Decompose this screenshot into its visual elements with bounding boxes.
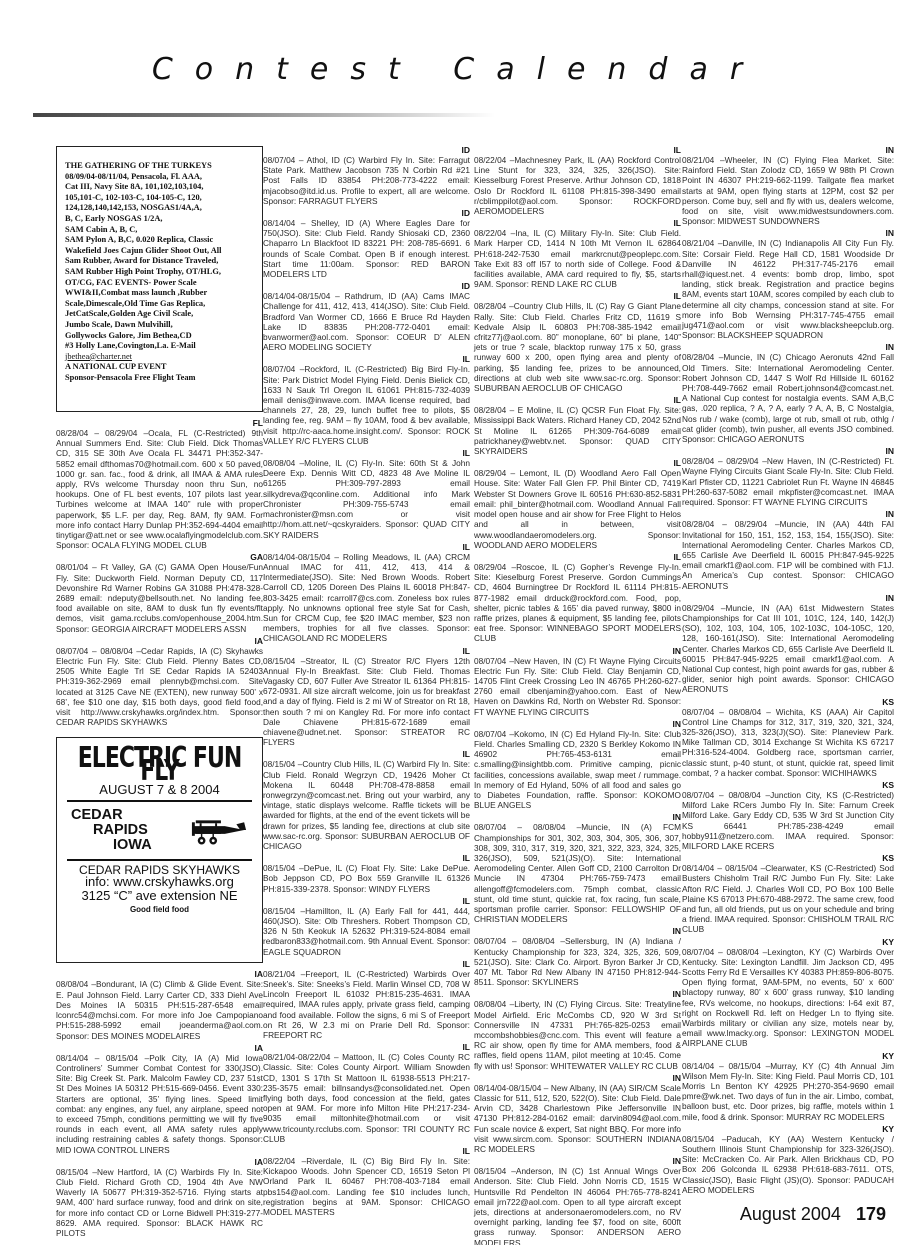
listing: IN08/29/04 –Muncie, IN (AA) 61st Midwest…	[682, 593, 894, 695]
listing: IN08/28/04 – 08/29/04 –New Haven, IN (C-…	[682, 446, 894, 507]
listing: IL08/15/04 –Streator, IL (C) Streator R/…	[263, 646, 470, 748]
listing-text: 08/28/04 –Country Club Hills, IL (C) Ray…	[474, 301, 681, 393]
listing-text: 08/08/04 –Bondurant, IA (C) Climb & Glid…	[56, 979, 263, 1040]
listing-text: 08/22/04 –Ina, IL (C) Military Fly-In. S…	[474, 228, 681, 289]
ad-line: B, C, Early NOSGAS 1/2A,	[65, 214, 256, 225]
listing-text: 08/14/04-08/15/04 – Rathdrum, ID (AA) Ca…	[263, 291, 470, 352]
state-heading: IL	[263, 448, 470, 458]
listing-text: 08/15/04 –Paducah, KY (AA) Western Kentu…	[682, 1134, 894, 1195]
listing-text: 08/14/04 – Shelley, ID (A) Where Eagles …	[263, 218, 470, 279]
state-heading: FL	[56, 418, 263, 428]
listing-text: 08/15/04 –New Hartford, IA (C) Warbirds …	[56, 1167, 263, 1238]
ad-line: SAM Rubber High Point Trophy, OT/HLG,	[65, 267, 256, 278]
state-heading: IL	[263, 896, 470, 906]
listing-text: 08/08/04 –Moline, IL (C) Fly-In. Site: 6…	[263, 458, 470, 540]
listing-text: 08/29/04 –Muncie, IN (AA) 61st Midwester…	[682, 603, 894, 695]
state-heading: IA	[56, 1157, 263, 1167]
ad-info-link[interactable]: info: www.crskyhawks.org	[67, 875, 252, 889]
state-heading: IL	[263, 646, 470, 656]
ad-line: #3 Holly Lane,Covington,La. E-Mail	[65, 341, 256, 352]
listing-text: 08/22/04 –Machnesney Park, IL (AA) Rockf…	[474, 155, 681, 216]
listing-text: 08/15/04 –Streator, IL (C) Streator R/C …	[263, 656, 470, 748]
ad-city-line: IOWA	[71, 838, 152, 853]
state-heading: IN	[474, 926, 681, 936]
listing-text: 08/01/04 – Ft Valley, GA (C) GAMA Open H…	[56, 562, 263, 633]
column-1: THE GATHERING OF THE TURKEYS 08/09/04-08…	[56, 146, 263, 1240]
listing-text: 08/29/04 –Roscoe, IL (C) Gopher’s Reveng…	[474, 562, 681, 644]
listing-text: 08/07/04 – Athol, ID (C) Warbird Fly In.…	[263, 155, 470, 206]
state-heading: IN	[474, 1073, 681, 1083]
listing: GA 08/01/04 – Ft Valley, GA (C) GAMA Ope…	[56, 552, 263, 633]
listing-text: 08/21/04-08/22/04 – Mattoon, IL (C) Cole…	[263, 1052, 470, 1144]
state-heading: ID	[263, 281, 470, 291]
listing: IL08/15/04 –DePue, IL (C) Float Fly. Sit…	[263, 853, 470, 894]
ad-line: SAM Pylon A, B,C, 0.020 Replica, Classic	[65, 235, 256, 246]
state-heading: IN	[682, 145, 894, 155]
state-heading: IA	[56, 636, 263, 646]
listing-text: 08/08/04 –Liberty, IN (C) Flying Circus.…	[474, 999, 681, 1070]
listing: IA 08/08/04 –Bondurant, IA (C) Climb & G…	[56, 969, 263, 1040]
state-heading: IL	[263, 354, 470, 364]
ad-line: Sam Rubber, Award for Distance Traveled,	[65, 256, 256, 267]
listing-text: 08/28/04 – E Moline, IL (C) QCSR Fun Flo…	[474, 405, 681, 456]
state-heading: IL	[263, 1146, 470, 1156]
listing: IN08/21/04 –Wheeler, IN (C) Flying Flea …	[682, 145, 894, 226]
ad-national-cup: A NATIONAL CUP EVENT	[65, 362, 256, 373]
listing-text: 08/28/04 – 08/29/04 –Muncie, IN (AA) 44t…	[682, 519, 894, 590]
issue-date: August 2004	[740, 1204, 841, 1224]
listing: KS08/07/04 – 08/08/04 –Junction City, KS…	[682, 780, 894, 851]
ad-line: Jumbo Scale, Dawn Mulvihill,	[65, 320, 256, 331]
listing: ID08/07/04 – Athol, ID (C) Warbird Fly I…	[263, 145, 470, 206]
ad-address: 3125 “C” ave extension NE	[67, 889, 252, 903]
ad-city-block: CEDAR RAPIDS IOWA	[67, 806, 252, 855]
listing-text: 08/07/04 – 08/08/04 –Cedar Rapids, IA (C…	[56, 646, 263, 728]
ad-divider	[67, 800, 252, 802]
state-heading: IL	[474, 291, 681, 301]
state-heading: IA	[56, 1043, 263, 1053]
ad-divider	[67, 859, 252, 861]
ad-city-line: RAPIDS	[71, 823, 152, 838]
listing: IL08/14/04-08/15/04 – Rolling Meadows, I…	[263, 542, 470, 644]
listing: IN08/15/04 –Anderson, IN (C) 1st Annual …	[474, 1156, 681, 1245]
listing: IL08/29/04 – Lemont, IL (D) Woodland Aer…	[474, 458, 681, 550]
state-heading: KS	[682, 853, 894, 863]
listing-text: 08/22/04 –Riverdale, IL (C) Big Bird Fly…	[263, 1156, 470, 1217]
listing-text: 08/21/04 –Freeport, IL (C-Restricted) Wa…	[263, 969, 470, 1040]
listing: IN08/07/04 – 08/08/04 –Muncie, IN (A) FC…	[474, 812, 681, 924]
listing: IL08/07/04 –Rockford, IL (C-Restricted) …	[263, 354, 470, 446]
ad-line: JetCatScale,Golden Age Civil Scale,	[65, 309, 256, 320]
listing: IL08/21/04 –Freeport, IL (C-Restricted) …	[263, 959, 470, 1040]
ad-line: 08/09/04-08/11/04, Pensacola, Fl. AAA,	[65, 172, 256, 183]
listing: IN08/07/04 – 08/08/04 –Sellersburg, IN (…	[474, 926, 681, 987]
ad-line: Cat III, Navy Site 8A, 101,102,103,104,	[65, 182, 256, 193]
listing-text: 08/07/04 –New Haven, IN (C) Ft Wayne Fly…	[474, 656, 681, 717]
listing-text: 08/15/04 –DePue, IL (C) Float Fly. Site:…	[263, 863, 470, 894]
listing: IA 08/07/04 – 08/08/04 –Cedar Rapids, IA…	[56, 636, 263, 728]
ad-city-line: CEDAR	[71, 808, 152, 823]
ad-sponsor: Sponsor-Pensacola Free Flight Team	[65, 373, 256, 384]
state-heading: ID	[263, 145, 470, 155]
listing: IL08/28/04 – E Moline, IL (C) QCSR Fun F…	[474, 395, 681, 456]
state-heading: IN	[682, 446, 894, 456]
column-2: ID08/07/04 – Athol, ID (C) Warbird Fly I…	[263, 145, 470, 1219]
ad-line: Scale,Dimescale,Old Time Gas Replica,	[65, 299, 256, 310]
ad-line: SAM Cabin A, B, C,	[65, 225, 256, 236]
column-4: IN08/21/04 –Wheeler, IN (C) Flying Flea …	[682, 145, 894, 1197]
listing: ID08/14/04 – Shelley, ID (A) Where Eagle…	[263, 208, 470, 279]
state-heading: IN	[474, 989, 681, 999]
state-heading: ID	[263, 208, 470, 218]
listing: IL08/28/04 –Country Club Hills, IL (C) R…	[474, 291, 681, 393]
listing-text: 08/14/04 – 08/15/04 –Clearwater, KS (C-R…	[682, 863, 894, 934]
state-heading: IL	[474, 458, 681, 468]
listing-text: 08/14/04-08/15/04 – New Albany, IN (AA) …	[474, 1083, 681, 1154]
listing: IN08/08/04 –Liberty, IN (C) Flying Circu…	[474, 989, 681, 1070]
listing-text: 08/07/04 – 08/08/04 –Junction City, KS (…	[682, 790, 894, 851]
state-heading: IL	[474, 145, 681, 155]
state-heading: IN	[474, 646, 681, 656]
listing: IL08/22/04 –Riverdale, IL (C) Big Bird F…	[263, 1146, 470, 1217]
page-title: Contest Calendar	[0, 52, 916, 87]
state-heading: IL	[263, 542, 470, 552]
state-heading: IL	[263, 959, 470, 969]
ad-line: THE GATHERING OF THE TURKEYS	[65, 161, 256, 172]
state-heading: IN	[682, 509, 894, 519]
state-heading: IN	[682, 228, 894, 238]
listing-text: 08/28/04 –Muncie, IN (C) Chicago Aeronut…	[682, 352, 894, 444]
listing-text: 08/15/04 –Country Club Hills, IL (C) War…	[263, 759, 470, 851]
listing: IN08/07/04 –Kokomo, IN (C) Ed Hyland Fly…	[474, 719, 681, 811]
ad-electric-fun-fly: ELECTRIC FUN FLY AUGUST 7 & 8 2004 CEDAR…	[56, 737, 263, 963]
ad-line: Gollywocks Galore, Jim Bethea,CD	[65, 331, 256, 342]
ad-line: OT/CG, FAC EVENTS- Power Scale	[65, 278, 256, 289]
listing: KY08/07/04 – 08/08/04 –Lexington, KY (C)…	[682, 937, 894, 1049]
state-heading: KS	[682, 780, 894, 790]
listing-text: 08/14/04 – 08/15/04 –Murray, KY (C) 4th …	[682, 1061, 894, 1122]
listing: IN08/14/04-08/15/04 – New Albany, IN (AA…	[474, 1073, 681, 1154]
listing: IN08/28/04 –Muncie, IN (C) Chicago Aeron…	[682, 342, 894, 444]
listing: IA 08/14/04 – 08/15/04 –Polk City, IA (A…	[56, 1043, 263, 1155]
page-footer: August 2004 179	[740, 1204, 886, 1225]
listing: IL08/22/04 –Machnesney Park, IL (AA) Roc…	[474, 145, 681, 216]
listing: IL08/15/04 –Country Club Hills, IL (C) W…	[263, 749, 470, 851]
listing-text: 08/15/04 –Anderson, IN (C) 1st Annual Wi…	[474, 1166, 681, 1245]
listing-text: 08/15/04 –Hamillton, IL (A) Early Fall f…	[263, 906, 470, 957]
listing: ID08/14/04-08/15/04 – Rathdrum, ID (AA) …	[263, 281, 470, 352]
listing: FL 08/28/04 – 08/29/04 –Ocala, FL (C-Res…	[56, 418, 263, 550]
listing: KY08/15/04 –Paducah, KY (AA) Western Ken…	[682, 1124, 894, 1195]
ad-line: 105,101-C, 102-103-C, 104-105-C, 120,	[65, 193, 256, 204]
listing: KS08/07/04 – 08/08/04 – Wichita, KS (AAA…	[682, 697, 894, 778]
listing: IL08/21/04-08/22/04 – Mattoon, IL (C) Co…	[263, 1042, 470, 1144]
ad-line: WWI&II,Combat mass launch ,Rubber	[65, 288, 256, 299]
column-3: IL08/22/04 –Machnesney Park, IL (AA) Roc…	[474, 145, 681, 1245]
state-heading: IN	[682, 342, 894, 352]
listing-text: 08/07/04 –Kokomo, IN (C) Ed Hyland Fly-I…	[474, 729, 681, 811]
state-heading: IL	[263, 853, 470, 863]
state-heading: IA	[56, 969, 263, 979]
state-heading: IL	[263, 1042, 470, 1052]
listing: KS08/14/04 – 08/15/04 –Clearwater, KS (C…	[682, 853, 894, 934]
listing-text: 08/21/04 –Danville, IN (C) Indianapolis …	[682, 238, 894, 340]
listing-text: 08/07/04 – 08/08/04 – Wichita, KS (AAA) …	[682, 707, 894, 778]
state-heading: IN	[474, 719, 681, 729]
listing-text: 08/28/04 – 08/29/04 –Ocala, FL (C-Restri…	[56, 428, 263, 550]
ad-line: 124,128,140,142,153, NOSGAS1/4A,A,	[65, 203, 256, 214]
ad-gathering-of-the-turkeys: THE GATHERING OF THE TURKEYS 08/09/04-08…	[56, 146, 263, 412]
biplane-icon	[190, 814, 248, 848]
page-number: 179	[856, 1204, 886, 1224]
ad-food-note: Good field food	[67, 905, 252, 915]
listing: IA 08/15/04 –New Hartford, IA (C) Warbir…	[56, 1157, 263, 1238]
listing: IL08/29/04 –Roscoe, IL (C) Gopher’s Reve…	[474, 552, 681, 644]
state-heading: KS	[682, 697, 894, 707]
state-heading: IN	[474, 1156, 681, 1166]
state-heading: KY	[682, 937, 894, 947]
state-heading: IN	[682, 593, 894, 603]
listing-text: 08/14/04-08/15/04 – Rolling Meadows, IL …	[263, 552, 470, 644]
listing-text: 08/07/04 – 08/08/04 –Lexington, KY (C) W…	[682, 947, 894, 1049]
state-heading: IL	[474, 218, 681, 228]
listing-text: 08/14/04 – 08/15/04 –Polk City, IA (A) M…	[56, 1053, 263, 1155]
listing-text: 08/07/04 –Rockford, IL (C-Restricted) Bi…	[263, 364, 470, 446]
listing: IL08/22/04 –Ina, IL (C) Military Fly-In.…	[474, 218, 681, 289]
ad-email-link[interactable]: jbethea@charter.net	[65, 352, 256, 363]
state-heading: IL	[474, 552, 681, 562]
listing-text: 08/21/04 –Wheeler, IN (C) Flying Flea Ma…	[682, 155, 894, 226]
state-heading: GA	[56, 552, 263, 562]
state-heading: IN	[474, 812, 681, 822]
listing-text: 08/29/04 – Lemont, IL (D) Woodland Aero …	[474, 468, 681, 550]
listing: IN08/07/04 –New Haven, IN (C) Ft Wayne F…	[474, 646, 681, 717]
listing: IN08/28/04 – 08/29/04 –Muncie, IN (AA) 4…	[682, 509, 894, 590]
listing: KY08/14/04 – 08/15/04 –Murray, KY (C) 4t…	[682, 1051, 894, 1122]
state-heading: KY	[682, 1124, 894, 1134]
ad-city: CEDAR RAPIDS IOWA	[71, 808, 152, 853]
state-heading: IL	[263, 749, 470, 759]
ad-headline: ELECTRIC FUN FLY	[67, 753, 252, 780]
header-rule	[33, 113, 495, 117]
listing: IL08/08/04 –Moline, IL (C) Fly-In. Site:…	[263, 448, 470, 540]
state-heading: IL	[474, 395, 681, 405]
state-heading: KY	[682, 1051, 894, 1061]
listing-text: 08/07/04 – 08/08/04 –Muncie, IN (A) FCM …	[474, 822, 681, 924]
listing: IL08/15/04 –Hamillton, IL (A) Early Fall…	[263, 896, 470, 957]
listing: IN08/21/04 –Danville, IN (C) Indianapoli…	[682, 228, 894, 340]
listing-text: 08/28/04 – 08/29/04 –New Haven, IN (C-Re…	[682, 456, 894, 507]
ad-line: Wakefield Joes Cajun Glider Shoot Out, A…	[65, 246, 256, 257]
listing-text: 08/07/04 – 08/08/04 –Sellersburg, IN (A)…	[474, 936, 681, 987]
